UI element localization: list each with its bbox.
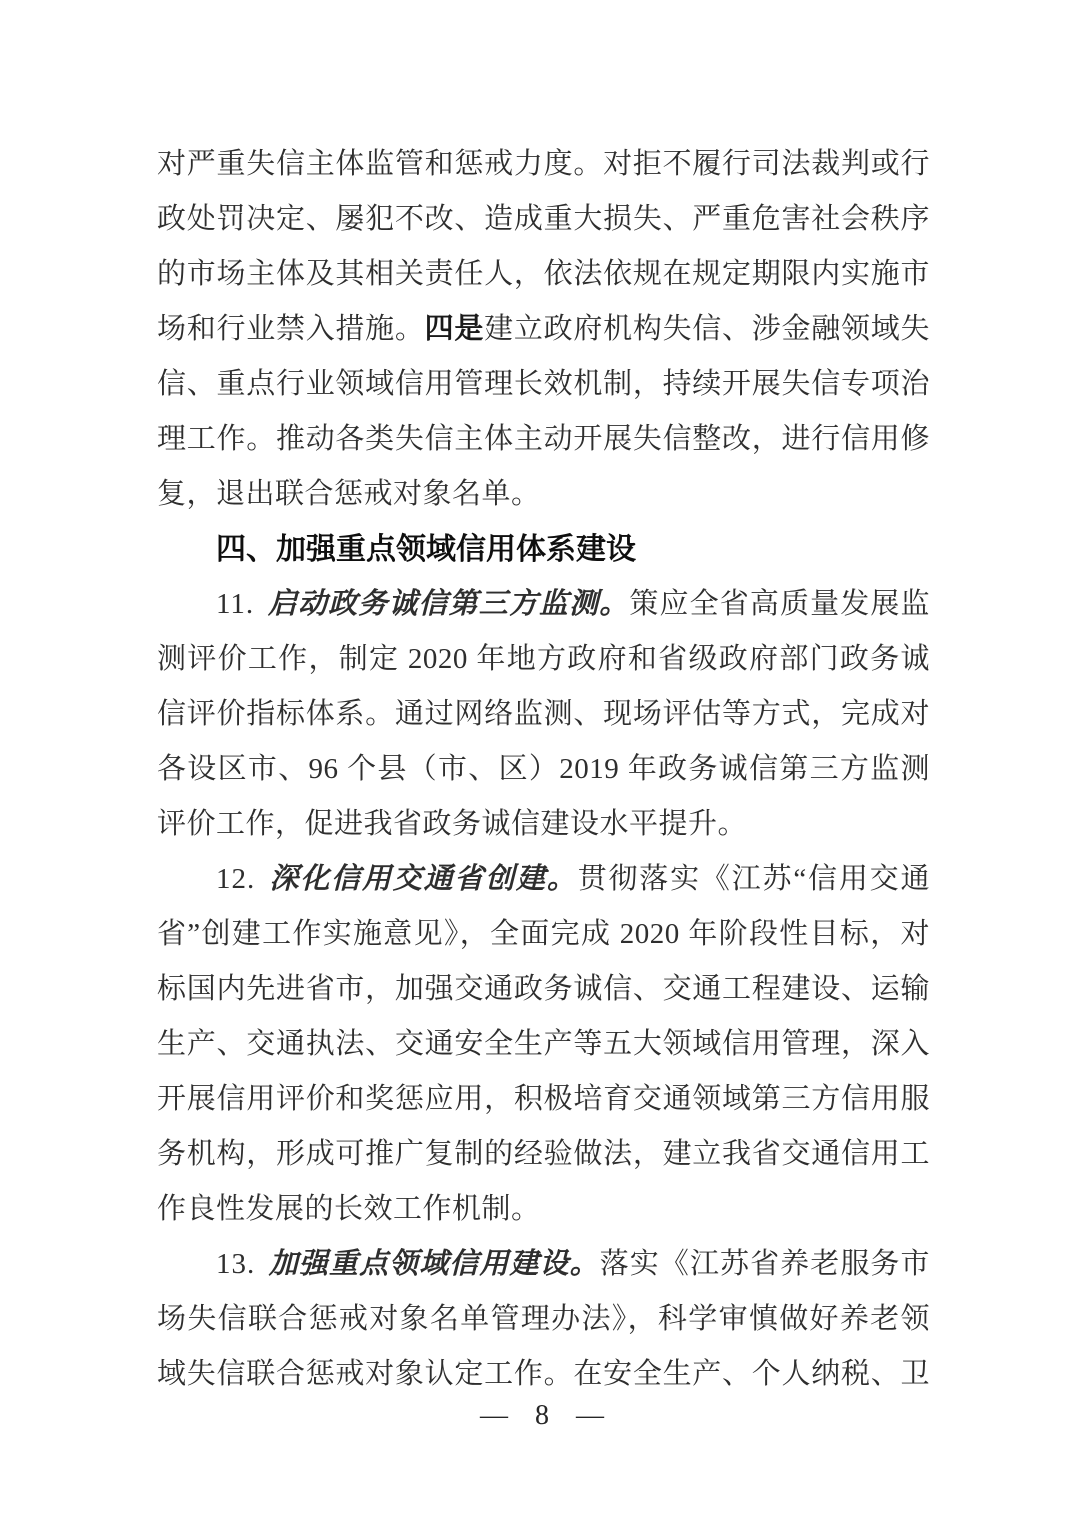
item-number: 13. (216, 1248, 255, 1280)
body-text-line: 复，退出联合惩戒对象名单。 (157, 467, 930, 522)
body-text-line: 务机构，形成可推广复制的经验做法，建立我省交通信用工 (157, 1127, 930, 1182)
body-text-line: 政处罚决定、屡犯不改、造成重大损失、严重危害社会秩序 (157, 192, 930, 247)
body-text-line: 信、重点行业领域信用管理长效机制，持续开展失信专项治 (157, 357, 930, 412)
body-text-line: 的市场主体及其相关责任人，依法依规在规定期限内实施市 (157, 247, 930, 302)
body-text-line: 对严重失信主体监管和惩戒力度。对拒不履行司法裁判或行 (157, 137, 930, 192)
body-text-line: 域失信联合惩戒对象认定工作。在安全生产、个人纳税、卫 (157, 1347, 930, 1402)
body-text-line: 信评价指标体系。通过网络监测、现场评估等方式，完成对 (157, 687, 930, 742)
body-text-line: 评价工作，促进我省政务诚信建设水平提升。 (157, 797, 930, 852)
bold-emphasis-text: 四是 (425, 313, 484, 345)
item-12-first-line: 12.深化信用交通省创建。贯彻落实《江苏“信用交通 (157, 852, 930, 907)
body-text-line: 开展信用评价和奖惩应用，积极培育交通领域第三方信用服 (157, 1072, 930, 1127)
body-text-segment: 场和行业禁入措施。 (157, 313, 425, 345)
body-text-line: 场和行业禁入措施。四是建立政府机构失信、涉金融领域失 (157, 302, 930, 357)
body-text-line: 理工作。推动各类失信主体主动开展失信整改，进行信用修 (157, 412, 930, 467)
body-text-line: 测评价工作，制定 2020 年地方政府和省级政府部门政务诚 (157, 632, 930, 687)
body-text-line: 作良性发展的长效工作机制。 (157, 1182, 930, 1237)
item-13-first-line: 13.加强重点领域信用建设。落实《江苏省养老服务市 (157, 1237, 930, 1292)
text-block: 对严重失信主体监管和惩戒力度。对拒不履行司法裁判或行 政处罚决定、屡犯不改、造成… (157, 137, 930, 1402)
body-text-segment: 落实《江苏省养老服务市 (600, 1248, 930, 1280)
body-text-line: 场失信联合惩戒对象名单管理办法》，科学审慎做好养老领 (157, 1292, 930, 1347)
item-lead-phrase: 加强重点领域信用建设。 (268, 1248, 599, 1280)
footer-page-number: — 8 — (157, 1396, 930, 1436)
body-text-line: 标国内先进省市，加强交通政务诚信、交通工程建设、运输 (157, 962, 930, 1017)
body-text-line: 省”创建工作实施意见》，全面完成 2020 年阶段性目标，对 (157, 907, 930, 962)
document-page: 对严重失信主体监管和惩戒力度。对拒不履行司法裁判或行 政处罚决定、屡犯不改、造成… (0, 0, 1080, 1527)
body-text-line: 生产、交通执法、交通安全生产等五大领域信用管理，深入 (157, 1017, 930, 1072)
body-text-line: 各设区市、96 个县（市、区）2019 年政务诚信第三方监测 (157, 742, 930, 797)
item-lead-phrase: 深化信用交通省创建。 (268, 863, 577, 895)
body-text-segment: 贯彻落实《江苏“信用交通 (578, 863, 930, 895)
item-number: 12. (216, 863, 255, 895)
body-text-segment: 建立政府机构失信、涉金融领域失 (484, 313, 930, 345)
item-number: 11. (216, 588, 254, 620)
section-heading: 四、加强重点领域信用体系建设 (157, 522, 930, 577)
item-11-first-line: 11.启动政务诚信第三方监测。策应全省高质量发展监 (157, 577, 930, 632)
body-text-segment: 策应全省高质量发展监 (629, 588, 930, 620)
item-lead-phrase: 启动政务诚信第三方监测。 (267, 588, 629, 620)
